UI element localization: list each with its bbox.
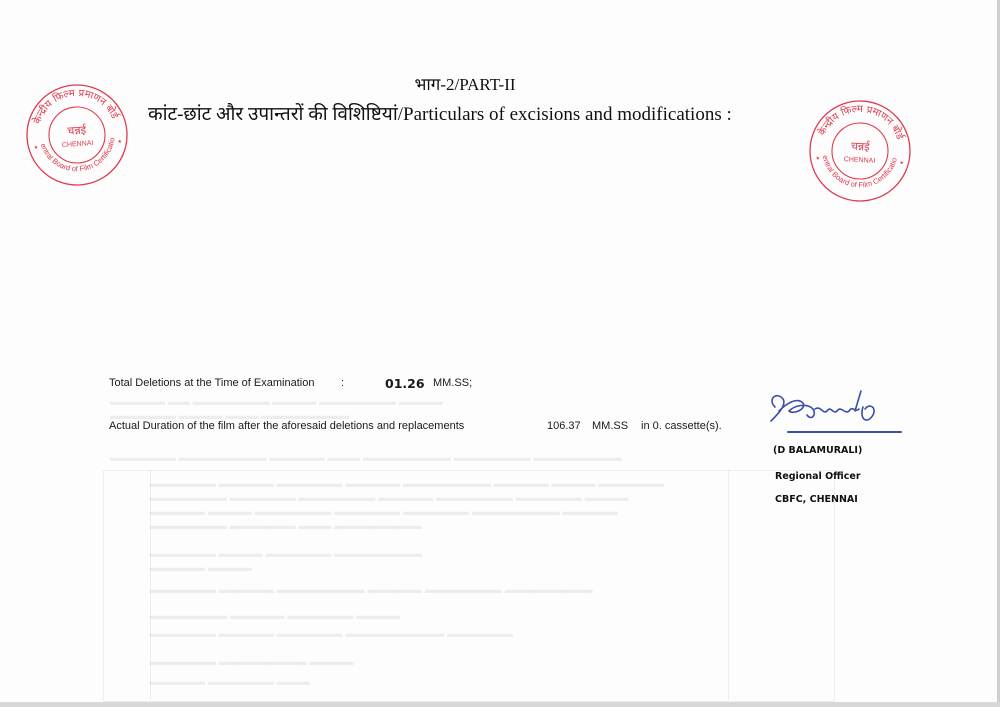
actual-duration-unit: MM.SS — [592, 420, 628, 432]
svg-text:CHENNAI: CHENNAI — [844, 156, 876, 165]
cbfc-seal-right: केन्द्रीय फिल्म प्रमाणन बोर्ड Central Bo… — [802, 93, 918, 209]
signature-underline — [787, 431, 902, 433]
unit-text: MM.SS — [433, 377, 469, 389]
signatory-title: Regional Officer — [775, 471, 861, 482]
svg-text:केन्द्रीय फिल्म प्रमाणन बोर्ड: केन्द्रीय फिल्म प्रमाणन बोर्ड — [29, 85, 122, 127]
trailing-mark: ; — [469, 377, 472, 389]
svg-text:★: ★ — [34, 145, 39, 151]
signatory-name: (D BALAMURALI) — [773, 445, 862, 456]
svg-text:★: ★ — [117, 139, 122, 145]
actual-duration-label: Actual Duration of the film after the af… — [109, 420, 464, 432]
svg-text:केन्द्रीय फिल्म प्रमाणन बोर्ड: केन्द्रीय फिल्म प्रमाणन बोर्ड — [816, 102, 908, 143]
svg-text:चन्नई: चन्नई — [851, 140, 871, 154]
svg-text:★: ★ — [899, 160, 904, 166]
total-deletions-value: 01.26 — [385, 376, 425, 391]
svg-text:चन्नई: चन्नई — [67, 123, 88, 137]
cassette-count: in 0. cassette(s). — [641, 420, 722, 432]
cbfc-seal-left: केन्द्रीय फिल्म प्रमाणन बोर्ड Central Bo… — [18, 76, 135, 193]
section-title: कांट-छांट और उपान्तरों की विशिष्टियां/Pa… — [148, 100, 732, 126]
svg-text:★: ★ — [815, 156, 820, 162]
total-deletions-label: Total Deletions at the Time of Examinati… — [109, 377, 314, 389]
total-deletions-colon: : — [341, 377, 344, 389]
signatory-office: CBFC, CHENNAI — [775, 494, 858, 505]
seal-icon: केन्द्रीय फिल्म प्रमाणन बोर्ड Central Bo… — [18, 76, 135, 193]
svg-text:CHENNAI: CHENNAI — [62, 140, 94, 149]
seal-icon: केन्द्रीय फिल्म प्रमाणन बोर्ड Central Bo… — [802, 93, 918, 209]
total-deletions-unit: MM.SS; — [433, 377, 472, 389]
actual-duration-value: 106.37 — [547, 420, 581, 432]
page-edge — [0, 702, 1000, 707]
part-heading: भाग-2/PART-II — [0, 72, 930, 95]
